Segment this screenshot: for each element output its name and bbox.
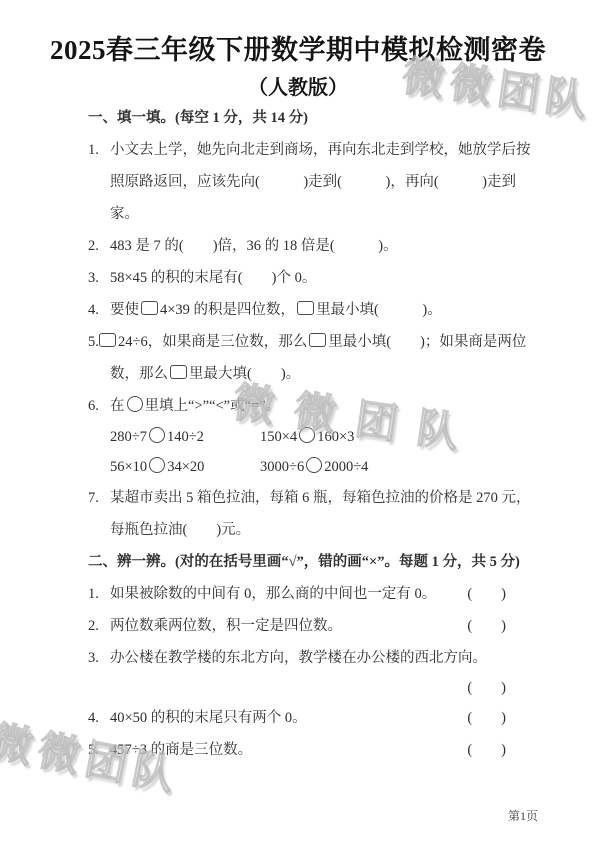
question-line: 家。 [110,198,516,230]
question-text: 如果被除数的中间有 0，那么商的中间也一定有 0。 [110,578,436,610]
answer-parentheses: ( ) [467,610,506,642]
section2-heading: 二、辨一辨。(对的在括号里画“√”，错的画“×”。每题 1 分，共 5 分) [88,546,516,578]
page-subtitle: （人教版） [0,71,596,100]
question-number: 7. [88,482,99,514]
question-line: 在里填上“>”“<”或“=”。 [110,390,516,422]
question-s1-q2: 2. 483 是 7 的( )倍，36 的 18 倍是( )。 [88,230,516,262]
answer-parentheses: ( ) [467,680,506,696]
expression-right: 2000÷4 [324,459,368,475]
answer-parentheses-line: ( ) [88,674,516,702]
question-line: 某超市卖出 5 箱色拉油，每箱 6 瓶，每箱色拉油的价格是 270 元， [110,482,516,514]
expression-left: 280÷7 [110,429,147,445]
expression: 280÷7140÷2 [110,422,260,452]
question-s1-q4: 4. 要使4×39 的积是四位数，里最小填( )。 [88,294,516,326]
answer-parentheses: ( ) [467,702,506,734]
expression: 150×4160×3 [260,422,410,452]
question-text: 要使 [110,302,139,318]
question-text: 40×50 的积的末尾只有两个 0。 [110,702,307,734]
expression-left: 150×4 [260,429,297,445]
expression-right: 34×20 [167,459,204,475]
expression-left: 3000÷6 [260,459,304,475]
page-number: 第1页 [508,807,538,824]
question-text: 数，那么 [110,366,168,382]
question-number: 2. [88,230,99,262]
expression: 56×1034×20 [110,452,260,482]
compare-circle [299,427,315,443]
question-s2-q5: 5. 457÷3 的商是三位数。 ( ) [88,734,516,766]
question-s2-q1: 1. 如果被除数的中间有 0，那么商的中间也一定有 0。 ( ) [88,578,516,610]
question-line: 483 是 7 的( )倍，36 的 18 倍是( )。 [110,230,516,262]
expression: 3000÷62000÷4 [260,452,410,482]
question-s1-q7: 7. 某超市卖出 5 箱色拉油，每箱 6 瓶，每箱色拉油的价格是 270 元， … [88,482,516,546]
expression-left: 56×10 [110,459,147,475]
expression-right: 160×3 [317,429,354,445]
question-line: 58×45 的积的末尾有( )个 0。 [110,262,516,294]
question-s1-q5: 5. 24÷6，如果商是三位数，那么里最小填( )；如果商是两位 数，那么里最大… [88,326,516,390]
question-text: 457÷3 的商是三位数。 [110,734,252,766]
expression-row: 56×1034×20 3000÷62000÷4 [110,452,516,482]
compare-circle [306,457,322,473]
answer-box [141,301,158,315]
question-s2-q3: 3. 办公楼在教学楼的东北方向，教学楼在办公楼的西北方向。 [88,642,516,674]
answer-parentheses: ( ) [467,734,506,766]
answer-box [297,301,314,315]
question-s2-q4: 4. 40×50 的积的末尾只有两个 0。 ( ) [88,702,516,734]
compare-circle [149,427,165,443]
exam-paper-page: 微微团队 微微团队 微微团队 2025春三年级下册数学期中模拟检测密卷 （人教版… [0,0,596,842]
question-line: 24÷6，如果商是三位数，那么里最小填( )；如果商是两位 [97,326,516,358]
question-s2-q2: 2. 两位数乘两位数，积一定是四位数。 ( ) [88,610,516,642]
expression-right: 140÷2 [167,429,204,445]
compare-circle [127,396,143,412]
question-number: 4. [88,702,99,734]
question-number: 1. [88,134,99,166]
question-line: 数，那么里最大填( )。 [110,358,516,390]
question-number: 5. [88,326,99,358]
section1-heading: 一、填一填。(每空 1 分，共 14 分) [88,102,516,134]
answer-parentheses: ( ) [467,578,506,610]
answer-box [309,333,326,347]
question-text: 办公楼在教学楼的东北方向，教学楼在办公楼的西北方向。 [110,642,487,674]
question-text: 里最大填( )。 [189,366,300,382]
compare-circle [149,457,165,473]
question-text: 24÷6，如果商是三位数，那么 [118,334,307,350]
answer-box [99,333,116,347]
question-s1-q1: 1. 小文去上学，她先向北走到商场，再向东北走到学校，她放学后按 照原路返回，应… [88,134,516,230]
question-text: 里填上“>”“<”或“=”。 [145,398,281,414]
expression-row: 280÷7140÷2 150×4160×3 [110,422,516,452]
question-text: 在 [110,398,125,414]
question-number: 3. [88,262,99,294]
question-s1-q3: 3. 58×45 的积的末尾有( )个 0。 [88,262,516,294]
question-text: 里最小填( )；如果商是两位 [328,334,526,350]
question-number: 3. [88,642,99,674]
question-number: 6. [88,390,99,422]
question-line: 每瓶色拉油( )元。 [110,514,516,546]
question-number: 5. [88,734,99,766]
page-title: 2025春三年级下册数学期中模拟检测密卷 [0,0,596,67]
question-line: 照原路返回，应该先向( )走到( )，再向( )走到 [110,166,516,198]
question-number: 4. [88,294,99,326]
question-number: 2. [88,610,99,642]
question-s1-q6: 6. 在里填上“>”“<”或“=”。 280÷7140÷2 150×4160×3… [88,390,516,482]
question-text: 两位数乘两位数，积一定是四位数。 [110,610,342,642]
question-text: 4×39 的积是四位数， [160,302,295,318]
answer-box [170,365,187,379]
question-line: 要使4×39 的积是四位数，里最小填( )。 [110,294,516,326]
question-text: 里最小填( )。 [316,302,442,318]
question-number: 1. [88,578,99,610]
question-line: 小文去上学，她先向北走到商场，再向东北走到学校，她放学后按 [110,134,516,166]
paper-body: 一、填一填。(每空 1 分，共 14 分) 1. 小文去上学，她先向北走到商场，… [88,102,516,766]
